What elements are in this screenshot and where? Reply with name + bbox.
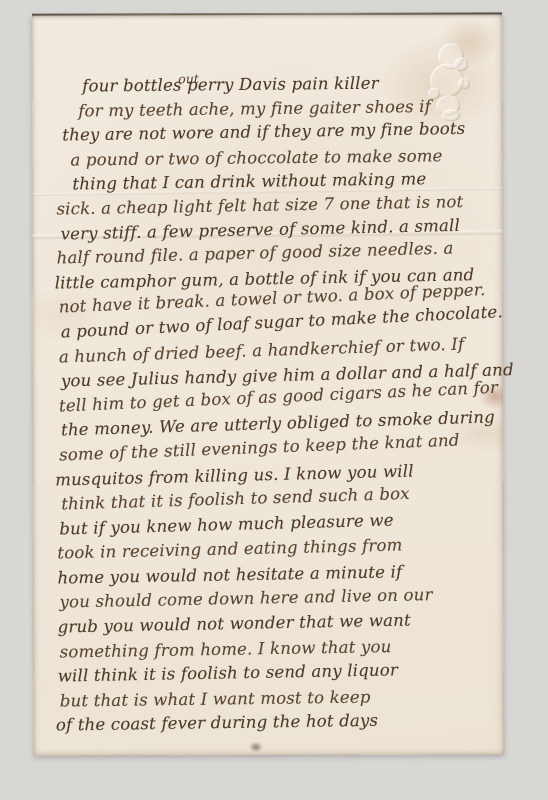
letter-line: of the coast fever during the hot days	[56, 707, 496, 738]
scanner-edge-strip	[0, 0, 548, 4]
letter-page: four bottles perry Davis pain killerfor …	[32, 13, 504, 755]
letter-body: four bottles perry Davis pain killerfor …	[52, 73, 496, 738]
inserted-word-above-line: out	[178, 71, 199, 86]
scanned-letter: four bottles perry Davis pain killerfor …	[0, 0, 548, 800]
